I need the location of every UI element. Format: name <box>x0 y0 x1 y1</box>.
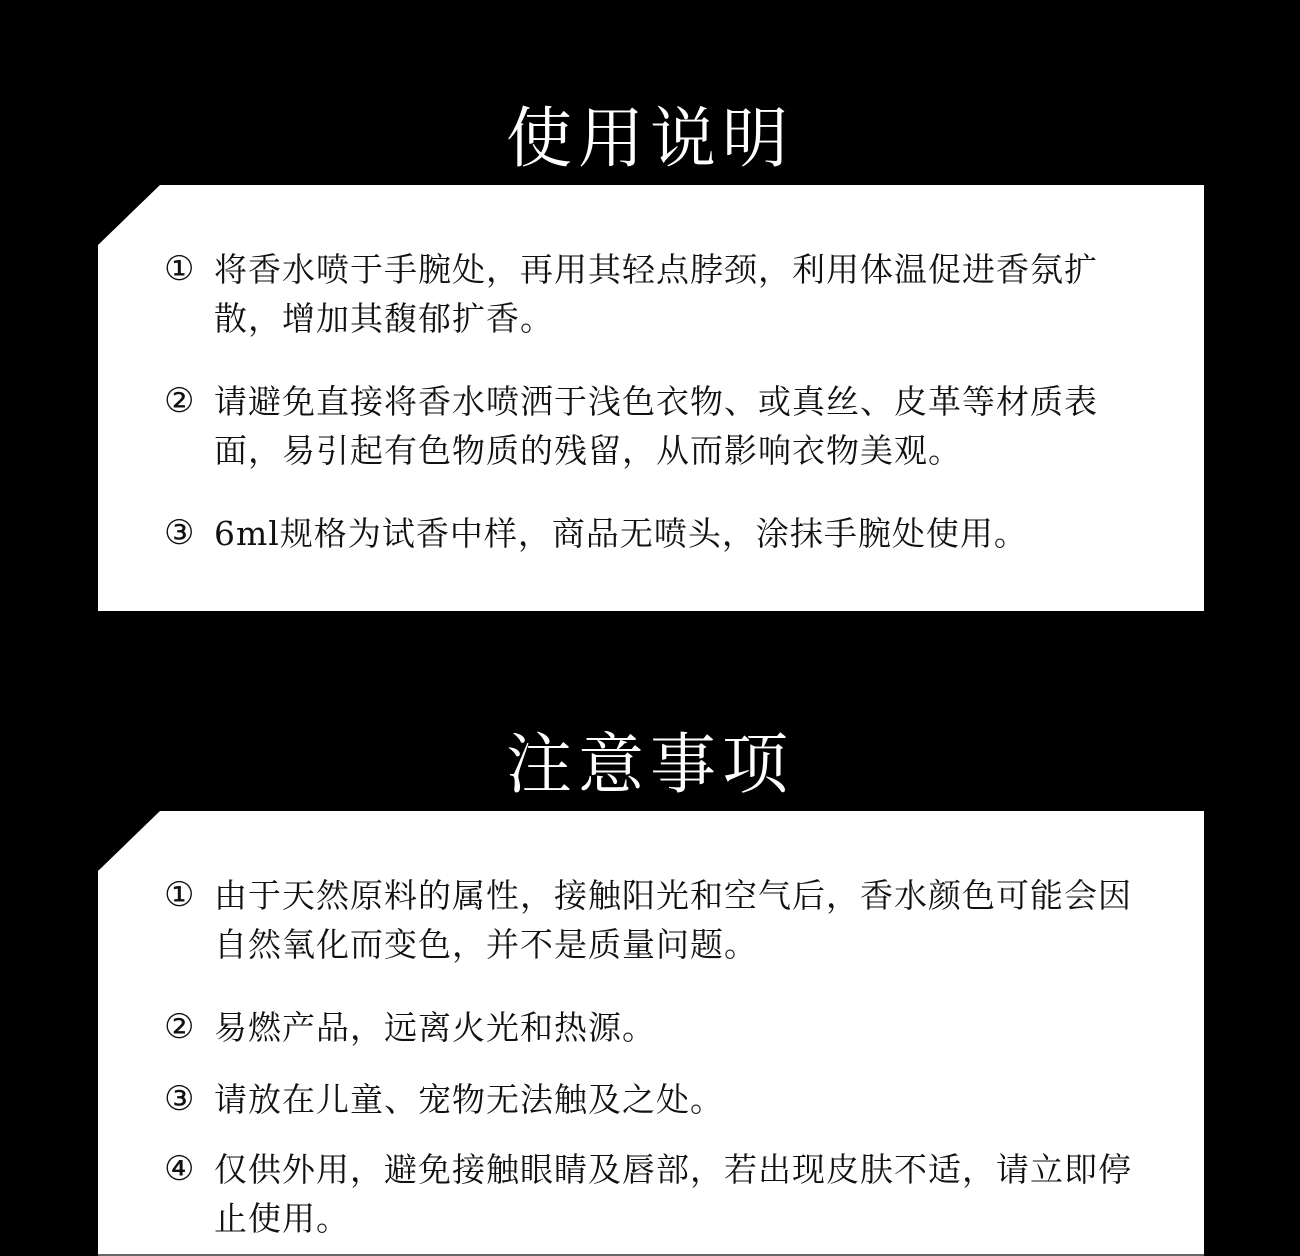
item-number-1: ① <box>164 245 214 343</box>
precaution-item-2: ② 易燃产品，远离火光和热源。 <box>164 1003 1144 1052</box>
precaution-item-4: ④ 仅供外用，避免接触眼睛及唇部，若出现皮肤不适，请立即停止使用。 <box>164 1145 1144 1243</box>
precaution-item-3: ③ 请放在儿童、宠物无法触及之处。 <box>164 1075 1144 1124</box>
usage-item-3: ③ 6ml规格为试香中样，商品无喷头，涂抹手腕处使用。 <box>164 509 1144 558</box>
item-number-2: ② <box>164 377 214 475</box>
item-number-2: ② <box>164 1003 214 1052</box>
usage-item-text: 6ml规格为试香中样，商品无喷头，涂抹手腕处使用。 <box>214 509 1144 558</box>
precautions-title: 注意事项 <box>0 732 1300 798</box>
item-number-3: ③ <box>164 1075 214 1124</box>
precaution-item-text: 由于天然原料的属性，接触阳光和空气后，香水颜色可能会因自然氧化而变色，并不是质量… <box>214 871 1144 969</box>
precautions-card: ① 由于天然原料的属性，接触阳光和空气后，香水颜色可能会因自然氧化而变色，并不是… <box>98 811 1204 1256</box>
usage-instructions-title: 使用说明 <box>0 106 1300 172</box>
item-number-1: ① <box>164 871 214 969</box>
precaution-item-1: ① 由于天然原料的属性，接触阳光和空气后，香水颜色可能会因自然氧化而变色，并不是… <box>164 871 1144 969</box>
precaution-item-text: 请放在儿童、宠物无法触及之处。 <box>214 1075 1144 1124</box>
precaution-item-text: 易燃产品，远离火光和热源。 <box>214 1003 1144 1052</box>
precaution-item-text: 仅供外用，避免接触眼睛及唇部，若出现皮肤不适，请立即停止使用。 <box>214 1145 1144 1243</box>
usage-instructions-card: ① 将香水喷于手腕处，再用其轻点脖颈，利用体温促进香氛扩散，增加其馥郁扩香。 ②… <box>98 185 1204 611</box>
usage-item-2: ② 请避免直接将香水喷洒于浅色衣物、或真丝、皮革等材质表面，易引起有色物质的残留… <box>164 377 1144 475</box>
item-number-4: ④ <box>164 1145 214 1243</box>
item-number-3: ③ <box>164 509 214 558</box>
usage-item-1: ① 将香水喷于手腕处，再用其轻点脖颈，利用体温促进香氛扩散，增加其馥郁扩香。 <box>164 245 1144 343</box>
usage-item-text: 将香水喷于手腕处，再用其轻点脖颈，利用体温促进香氛扩散，增加其馥郁扩香。 <box>214 245 1144 343</box>
usage-item-text: 请避免直接将香水喷洒于浅色衣物、或真丝、皮革等材质表面，易引起有色物质的残留，从… <box>214 377 1144 475</box>
